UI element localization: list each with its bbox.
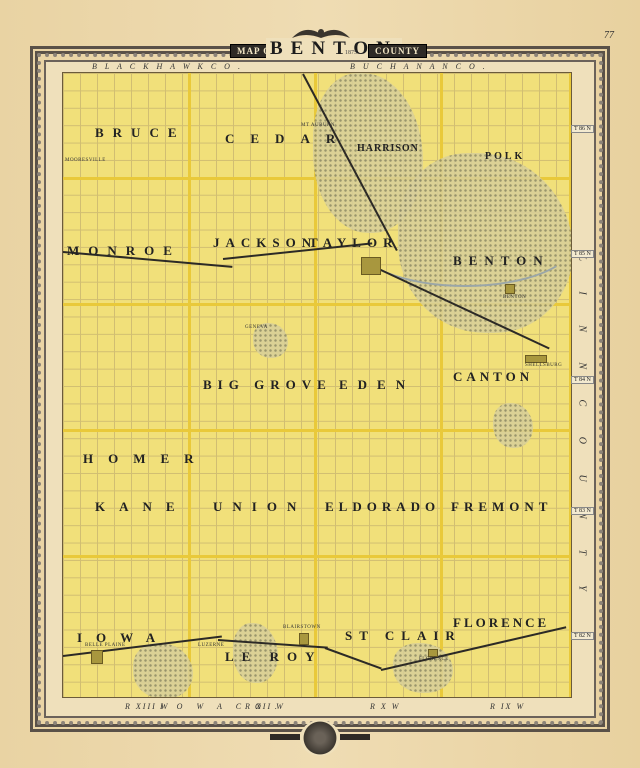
township-label: BENTON xyxy=(453,253,550,269)
range-label: R X W xyxy=(370,702,400,711)
township-number: T 85 N xyxy=(571,250,594,258)
page-number: 77 xyxy=(604,30,614,41)
township-label: MONROE xyxy=(67,243,181,259)
township-line xyxy=(569,73,572,697)
range-label: R IX W xyxy=(490,702,525,711)
township-label: LE ROY xyxy=(225,649,322,665)
township-label: BIG GROVE xyxy=(203,377,332,393)
township-number: T 86 N xyxy=(571,125,594,133)
township-label: JACKSON xyxy=(213,235,317,251)
township-label: CANTON xyxy=(453,369,533,385)
town-label: FLORENCE xyxy=(419,657,449,662)
township-label: HOMER xyxy=(83,451,209,467)
title-suffix-banner: COUNTY xyxy=(368,44,427,58)
township-label: TAYLOR xyxy=(309,235,398,251)
town-vinton[interactable] xyxy=(361,257,381,275)
township-line xyxy=(63,555,571,558)
town-benton[interactable] xyxy=(505,284,515,294)
township-label: FREMONT xyxy=(451,499,552,515)
town-blairstown[interactable] xyxy=(299,633,309,645)
township-label: FLORENCE xyxy=(453,615,549,631)
township-number: T 84 N xyxy=(571,376,594,384)
town-label: BLAIRSTOWN xyxy=(283,625,321,630)
seal-ribbon xyxy=(340,734,370,740)
adjacent-county-north-right: B U C H A N A N C O . xyxy=(350,62,488,71)
town-label: MOORESVILLE xyxy=(65,158,106,163)
township-label: POLK xyxy=(485,151,525,162)
township-label: CEDAR xyxy=(225,131,351,147)
township-number: T 83 N xyxy=(571,507,594,515)
town-label: GENEVA xyxy=(245,325,268,330)
county-map[interactable]: BRUCE CEDAR HARRISON POLK MONROE JACKSON… xyxy=(62,72,572,698)
township-line xyxy=(188,73,191,697)
seal-ribbon xyxy=(270,734,300,740)
township-label: UNION xyxy=(213,499,306,515)
township-label: ELDORADO xyxy=(325,499,440,515)
range-label: R XII W xyxy=(245,702,285,711)
township-number: T 82 N xyxy=(571,632,594,640)
state-seal-icon xyxy=(300,720,340,756)
adjacent-county-north-left: B L A C K H A W K C O . xyxy=(92,62,243,71)
map-year: 1875 xyxy=(345,50,357,56)
town-label: BENTON xyxy=(503,295,526,300)
township-label: KANE xyxy=(95,499,189,515)
town-florence[interactable] xyxy=(428,649,438,657)
township-label: BRUCE xyxy=(95,125,186,141)
township-label: EDEN xyxy=(339,377,415,393)
town-label: BELLE PLAINE xyxy=(85,643,126,648)
town-shellsburg[interactable] xyxy=(525,355,547,363)
town-belle-plaine[interactable] xyxy=(91,650,103,664)
township-label: ST CLAIR xyxy=(345,628,462,644)
town-label: MT AUBURN xyxy=(301,123,335,128)
town-label: SHELLSBURG xyxy=(525,363,562,368)
town-label: LUZERNE xyxy=(198,643,224,648)
township-label: HARRISON xyxy=(357,143,419,154)
